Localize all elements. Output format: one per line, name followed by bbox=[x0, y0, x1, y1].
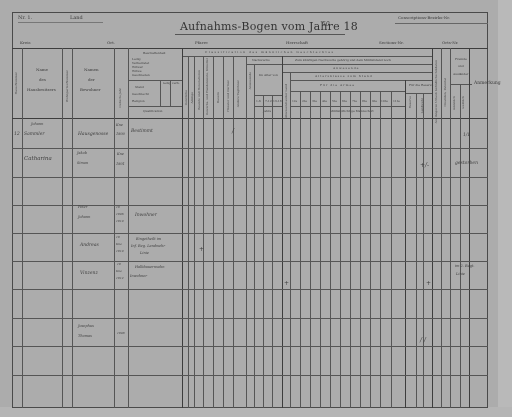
year-col-header: 6te bbox=[342, 100, 347, 103]
classification-col-header: Bauern bbox=[216, 92, 220, 103]
col-line bbox=[310, 91, 311, 408]
col-line bbox=[22, 48, 23, 408]
col-line bbox=[233, 56, 234, 408]
sections-label: Sections-Nr. bbox=[379, 41, 404, 45]
col-line bbox=[450, 48, 451, 408]
col-line bbox=[263, 95, 264, 408]
col-line bbox=[300, 91, 301, 408]
document-title: Aufnahms-Bogen vom Jahre 18 bbox=[180, 21, 358, 32]
land-label: Land bbox=[70, 16, 83, 21]
conscription-label: Conscriptions-Bezirks-Nr. bbox=[398, 16, 450, 20]
anmerkung-header: Anmerkung bbox=[474, 82, 501, 87]
nachwuchs-age: 7-12 bbox=[265, 100, 272, 103]
year-col-header: 9te bbox=[372, 100, 377, 103]
col-line bbox=[72, 48, 73, 408]
col-line bbox=[441, 48, 442, 408]
row4-bewohner-2: Johann bbox=[78, 216, 90, 220]
col-line bbox=[182, 48, 183, 408]
nachwuchs-sub: Im Alter von bbox=[259, 74, 278, 77]
col-line bbox=[320, 91, 321, 408]
row5-bewohner: Andreas bbox=[80, 244, 99, 249]
land-underline bbox=[18, 22, 103, 23]
reserve-col-header: Reserve bbox=[408, 96, 412, 108]
col-line bbox=[272, 95, 273, 408]
stand-row: Geschlecht bbox=[132, 93, 149, 96]
year-col-header: 4te bbox=[322, 100, 327, 103]
row2-bewohner-1: Jakob bbox=[77, 152, 87, 156]
row5-qualification-2: Inf. Reg. Landwehr bbox=[131, 245, 165, 249]
row2-bewohner-2: Simon bbox=[77, 162, 88, 166]
col-line bbox=[370, 91, 371, 408]
nachwuchs-ages-line bbox=[254, 95, 282, 96]
beschaffenheit-row: Geschieden bbox=[132, 74, 150, 77]
beschaffenheit-header: Beschaffenheit bbox=[143, 52, 166, 55]
reserve-divider bbox=[405, 93, 432, 94]
stand-row: Stand bbox=[135, 86, 144, 89]
col-line bbox=[330, 91, 331, 408]
row6-anmerkung-2: Linie bbox=[456, 273, 465, 277]
col-line bbox=[380, 91, 381, 408]
row2-mark: +/- bbox=[420, 162, 429, 169]
year-col-header: 1re bbox=[292, 100, 297, 103]
altersklassen-divider bbox=[290, 80, 432, 81]
ort-label: Ort. bbox=[107, 41, 115, 45]
pfarre-label: Pfarre bbox=[195, 41, 208, 45]
year-col-header: 11te bbox=[393, 100, 400, 103]
col-line bbox=[469, 48, 470, 408]
col-line bbox=[188, 56, 189, 408]
col-line bbox=[114, 48, 115, 408]
row6-bewohner: Vinzenz bbox=[80, 272, 98, 277]
col-line bbox=[340, 91, 341, 408]
year-col-header: 5te bbox=[332, 100, 337, 103]
col-line bbox=[290, 72, 291, 408]
year-col-header: 8te bbox=[362, 100, 367, 103]
row-line bbox=[12, 375, 488, 376]
row-line bbox=[12, 233, 488, 234]
row2-geburt-1: Kne bbox=[117, 153, 124, 157]
col-line bbox=[223, 56, 224, 408]
row-line bbox=[12, 261, 488, 262]
militaerpflichtig-header: Militärpflichtige Mannschaft bbox=[330, 110, 374, 113]
invaliden-header: Invaliden, Patental bbox=[443, 78, 447, 107]
row1-geburt-1: Kne bbox=[116, 124, 123, 128]
nachwuchs-age: 1-6 bbox=[256, 100, 261, 103]
row8-bewohner-1: Josephus bbox=[78, 325, 94, 329]
row1-checkmark: / bbox=[232, 128, 234, 135]
row1-hausbesitzer-last: Sammler bbox=[24, 133, 45, 138]
classification-col-header: Beamte und Honoratioren bbox=[197, 70, 201, 110]
nachwuchs-age: 13-18 bbox=[273, 100, 282, 103]
paper-edge bbox=[498, 0, 512, 417]
nachwuchs-jahre-line bbox=[254, 106, 282, 107]
col-line bbox=[128, 48, 129, 408]
row4-qualification: Inwohner bbox=[135, 214, 157, 219]
census-form-page: Nr. 1. Land Aufnahms-Bogen vom Jahre 18 … bbox=[0, 0, 512, 417]
row-line bbox=[12, 148, 488, 149]
year-suffix-handwritten: 50 bbox=[322, 22, 330, 29]
col-line bbox=[194, 56, 195, 408]
konskriptionsfaehige-header: Zum künftigen Nachwuchs gehörig und dem … bbox=[295, 59, 391, 62]
qualification-divider bbox=[128, 106, 182, 107]
col-line bbox=[203, 56, 204, 408]
row6-anmerkung-1: im 2. Regt. bbox=[455, 265, 474, 269]
row1-geburt-2: 1800 bbox=[116, 133, 125, 137]
wohnpartei-header: Wohnpartei-Nummer bbox=[65, 70, 69, 102]
row6-geburt-1: 18 bbox=[117, 263, 121, 266]
nachwuchs-jahre: Jahre bbox=[263, 110, 271, 113]
row6-mark: + bbox=[284, 280, 289, 287]
reserve-header: Für die Reserve bbox=[409, 84, 433, 87]
fremde-col-header: männlich bbox=[452, 96, 456, 110]
row-line bbox=[12, 289, 488, 290]
year-col-header: 2te bbox=[302, 100, 307, 103]
hausbesitzer-header-1: Name bbox=[36, 68, 48, 72]
altersklassen-header: Altersklasse zum Stand bbox=[315, 75, 373, 78]
bewohner-header-3: Bewohner bbox=[80, 88, 101, 92]
row8-geburt: 1808 bbox=[117, 332, 125, 335]
classification-header: Classification des männlichen Geschlecht… bbox=[205, 51, 335, 54]
col-line bbox=[254, 64, 255, 408]
row5-geburt-3: 1810 bbox=[116, 250, 124, 253]
col-line bbox=[213, 56, 214, 408]
col-line bbox=[405, 80, 406, 408]
row1-hausbesitzer-first: Johann bbox=[31, 123, 43, 127]
row6-geburt-2: Kne bbox=[116, 270, 122, 273]
stand-divider bbox=[160, 80, 161, 106]
row6-qualification-2: Inwohner bbox=[130, 275, 147, 279]
anwesend-header: Anwesende bbox=[248, 72, 252, 89]
row2-anmerkung: gestorben bbox=[455, 162, 478, 167]
nachwuchs-divider bbox=[247, 64, 282, 65]
bewohner-header-1: Namen bbox=[84, 68, 99, 72]
armee-header: Für die Armee bbox=[320, 84, 355, 87]
year-col-header: 3te bbox=[312, 100, 317, 103]
hausbesitzer-header-2: des bbox=[39, 78, 46, 82]
row5-mark: + bbox=[199, 246, 204, 253]
row6-qualification-1: Halbbauernsohn bbox=[135, 266, 165, 270]
paper-bottom-edge bbox=[0, 407, 512, 417]
col-line bbox=[246, 56, 247, 408]
fremde-header: Ausländer bbox=[453, 73, 468, 76]
row8-mark: / / bbox=[420, 337, 426, 344]
row-line bbox=[12, 177, 488, 178]
urlaub-header: Auf längeren Urlaub befindliche Soldaten bbox=[434, 60, 438, 123]
col-line bbox=[62, 48, 63, 408]
herrschaft-label: Herrschaft bbox=[286, 41, 308, 45]
stand-divider bbox=[170, 80, 171, 106]
form-number: Nr. 1. bbox=[18, 16, 32, 21]
row4-bewohner-1: Peter bbox=[78, 206, 87, 210]
row6-mark: + bbox=[426, 280, 431, 287]
bewohner-header-2: der bbox=[88, 78, 95, 82]
row-line bbox=[12, 318, 488, 319]
col-line bbox=[391, 91, 392, 408]
orts-label: Orts-Nr. bbox=[442, 41, 458, 45]
anwesend-divider bbox=[282, 72, 432, 73]
col-line bbox=[432, 48, 433, 408]
title-underline bbox=[175, 34, 345, 35]
fremde-col-header: weiblich bbox=[461, 96, 465, 109]
abwesend-header: Abwesend außer Land bbox=[284, 84, 288, 118]
row5-qualification-3: Linie bbox=[140, 252, 149, 256]
armee-divider bbox=[290, 91, 405, 92]
classification-col-header: Häusler und Gärtner bbox=[226, 80, 230, 112]
haus-nummer-header: Haus-Nummer bbox=[14, 72, 18, 94]
year-col-header: 10te bbox=[381, 100, 388, 103]
col-line bbox=[282, 56, 283, 408]
row5-geburt-1: 18 bbox=[116, 236, 120, 239]
anwesend-section-header: Anwesende bbox=[333, 67, 359, 70]
row5-qualification-1: Eingetheilt im bbox=[136, 238, 161, 242]
row1-haus-nr: 12 bbox=[14, 133, 20, 138]
col-line bbox=[360, 91, 361, 408]
row4-geburt-3: 1810 bbox=[116, 220, 124, 223]
row8-bewohner-2: Thomas bbox=[78, 335, 92, 339]
fremde-header: Fremde bbox=[455, 58, 467, 61]
row5-geburt-2: Kne bbox=[116, 243, 122, 246]
row4-geburt-1: 18 bbox=[116, 206, 120, 209]
col-line bbox=[416, 93, 417, 408]
classification-col-header: Andere Taglöhner bbox=[236, 80, 240, 107]
row1-bewohner: Hausgenosse bbox=[78, 133, 108, 138]
qualification-header: Qualification bbox=[143, 110, 162, 113]
row6-geburt-3: 1812 bbox=[116, 277, 124, 280]
classification-col-header: Gewerbs- und Handelsleute, Künstler bbox=[205, 58, 209, 115]
stand-row: Religion bbox=[132, 100, 145, 103]
row-line bbox=[12, 346, 488, 347]
row1-qualification: Bestimmt bbox=[131, 130, 153, 135]
row2-geburt-2: 1801 bbox=[116, 163, 125, 167]
nachwuchs-header: Nachwuchs bbox=[252, 59, 270, 62]
conscription-underline bbox=[395, 23, 488, 24]
konskription-divider bbox=[282, 64, 432, 65]
fremde-header: und bbox=[458, 65, 464, 68]
row4-geburt-2: 1806 bbox=[116, 213, 124, 216]
beschaffenheit-subheader: verh. bbox=[172, 82, 180, 85]
geburtsjahr-header: Geburts-Jahr bbox=[118, 88, 122, 108]
row2-hausbesitzer: Catharina bbox=[24, 156, 52, 162]
hausbesitzer-header-3: Hausbesitzers bbox=[27, 88, 56, 92]
header-top-line bbox=[12, 48, 488, 49]
col-line bbox=[460, 84, 461, 408]
year-col-header: 7te bbox=[352, 100, 357, 103]
kreis-label: Kreis bbox=[20, 41, 31, 45]
classification-divider bbox=[182, 56, 432, 57]
col-line bbox=[350, 91, 351, 408]
row1-anmerkung: 1/1 bbox=[463, 134, 470, 139]
col-line bbox=[423, 93, 424, 408]
years-divider bbox=[290, 106, 405, 107]
